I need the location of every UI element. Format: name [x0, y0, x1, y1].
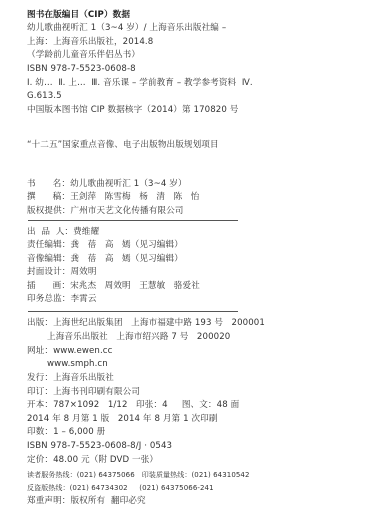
cip-line: 幼儿歌曲视听汇 1（3~4 岁）/ 上海音乐出版社编 –: [27, 23, 226, 34]
title-block-line: 书 名：幼儿歌曲视听汇 1（3~4 岁）: [27, 179, 187, 190]
credit-line: 责任编辑：龚 蓓 高 嫣（见习编辑）: [27, 240, 183, 251]
cip-line: 上海：上海音乐出版社，2014.8: [27, 37, 153, 48]
print-run-line: 印数：1 – 6,000 册: [27, 427, 105, 438]
publisher-line: 上海音乐出版社 上海市绍兴路 7 号 200020: [47, 332, 230, 343]
project-line: “十二五”国家重点音像、电子出版物出版规划项目: [27, 140, 219, 151]
cip-line: G.613.5: [27, 91, 62, 102]
cip-line: ISBN 978-7-5523-0608-8: [27, 64, 136, 75]
printer-line: 印订：上海书刊印刷有限公司: [27, 387, 140, 398]
credit-line: 出 品 人：费维耀: [27, 227, 99, 238]
hotline-line: 反盗版热线：(021) 64734302 (021) 64375066-241: [27, 483, 214, 494]
title-block-line: 撰 稿：王剑萍 陈雪梅 杨 清 陈 怡: [27, 192, 200, 203]
cip-line: Ⅰ. 幼… Ⅱ. 上… Ⅲ. 音乐课 – 学前教育 – 教学参考资料 Ⅳ.: [27, 78, 253, 89]
title-block-line: 版权提供：广州市天艺文化传播有限公司: [27, 206, 184, 217]
credit-line: 音像编辑：龚 蓓 高 嫣（见习编辑）: [27, 254, 183, 265]
price-line: 定价：48.00 元（附 DVD 一张）: [27, 455, 158, 466]
cip-line: 中国版本图书馆 CIP 数据核字（2014）第 170820 号: [27, 105, 238, 116]
divider: [28, 220, 238, 221]
copyright-notice: 郑重声明：版权所有 翻印必究: [27, 496, 146, 507]
publisher-line: 出版：上海世纪出版集团 上海市福建中路 193 号 200001: [27, 318, 265, 329]
edition-line: 2014 年 8 月第 1 版 2014 年 8 月第 1 次印刷: [27, 414, 218, 425]
cip-heading: 图书在版编目（CIP）数据: [27, 10, 130, 21]
credit-line: 印务总监：李霄云: [27, 294, 97, 305]
format-line: 开本：787×1092 1/12 印张：4 图、文：48 面: [27, 400, 239, 411]
isbn-line: ISBN 978-7-5523-0608-8/J · 0543: [27, 441, 172, 452]
credit-line: 封面设计：周效明: [27, 267, 97, 278]
cip-line: （学龄前儿童音乐伴侣丛书）: [27, 50, 140, 61]
hotline-line: 读者服务热线：(021) 64375066 印装质量热线：(021) 64310…: [27, 470, 250, 481]
copyright-page: 图书在版编目（CIP）数据 幼儿歌曲视听汇 1（3~4 岁）/ 上海音乐出版社编…: [0, 0, 375, 511]
website-line: www.smph.cn: [47, 359, 108, 370]
distributor-line: 发行：上海音乐出版社: [27, 373, 114, 384]
credit-line: 插 画：宋兆杰 周效明 王慧敏 骆爱社: [27, 281, 200, 292]
website-line: 网址：www.ewen.cc: [27, 346, 112, 357]
divider: [28, 311, 238, 312]
